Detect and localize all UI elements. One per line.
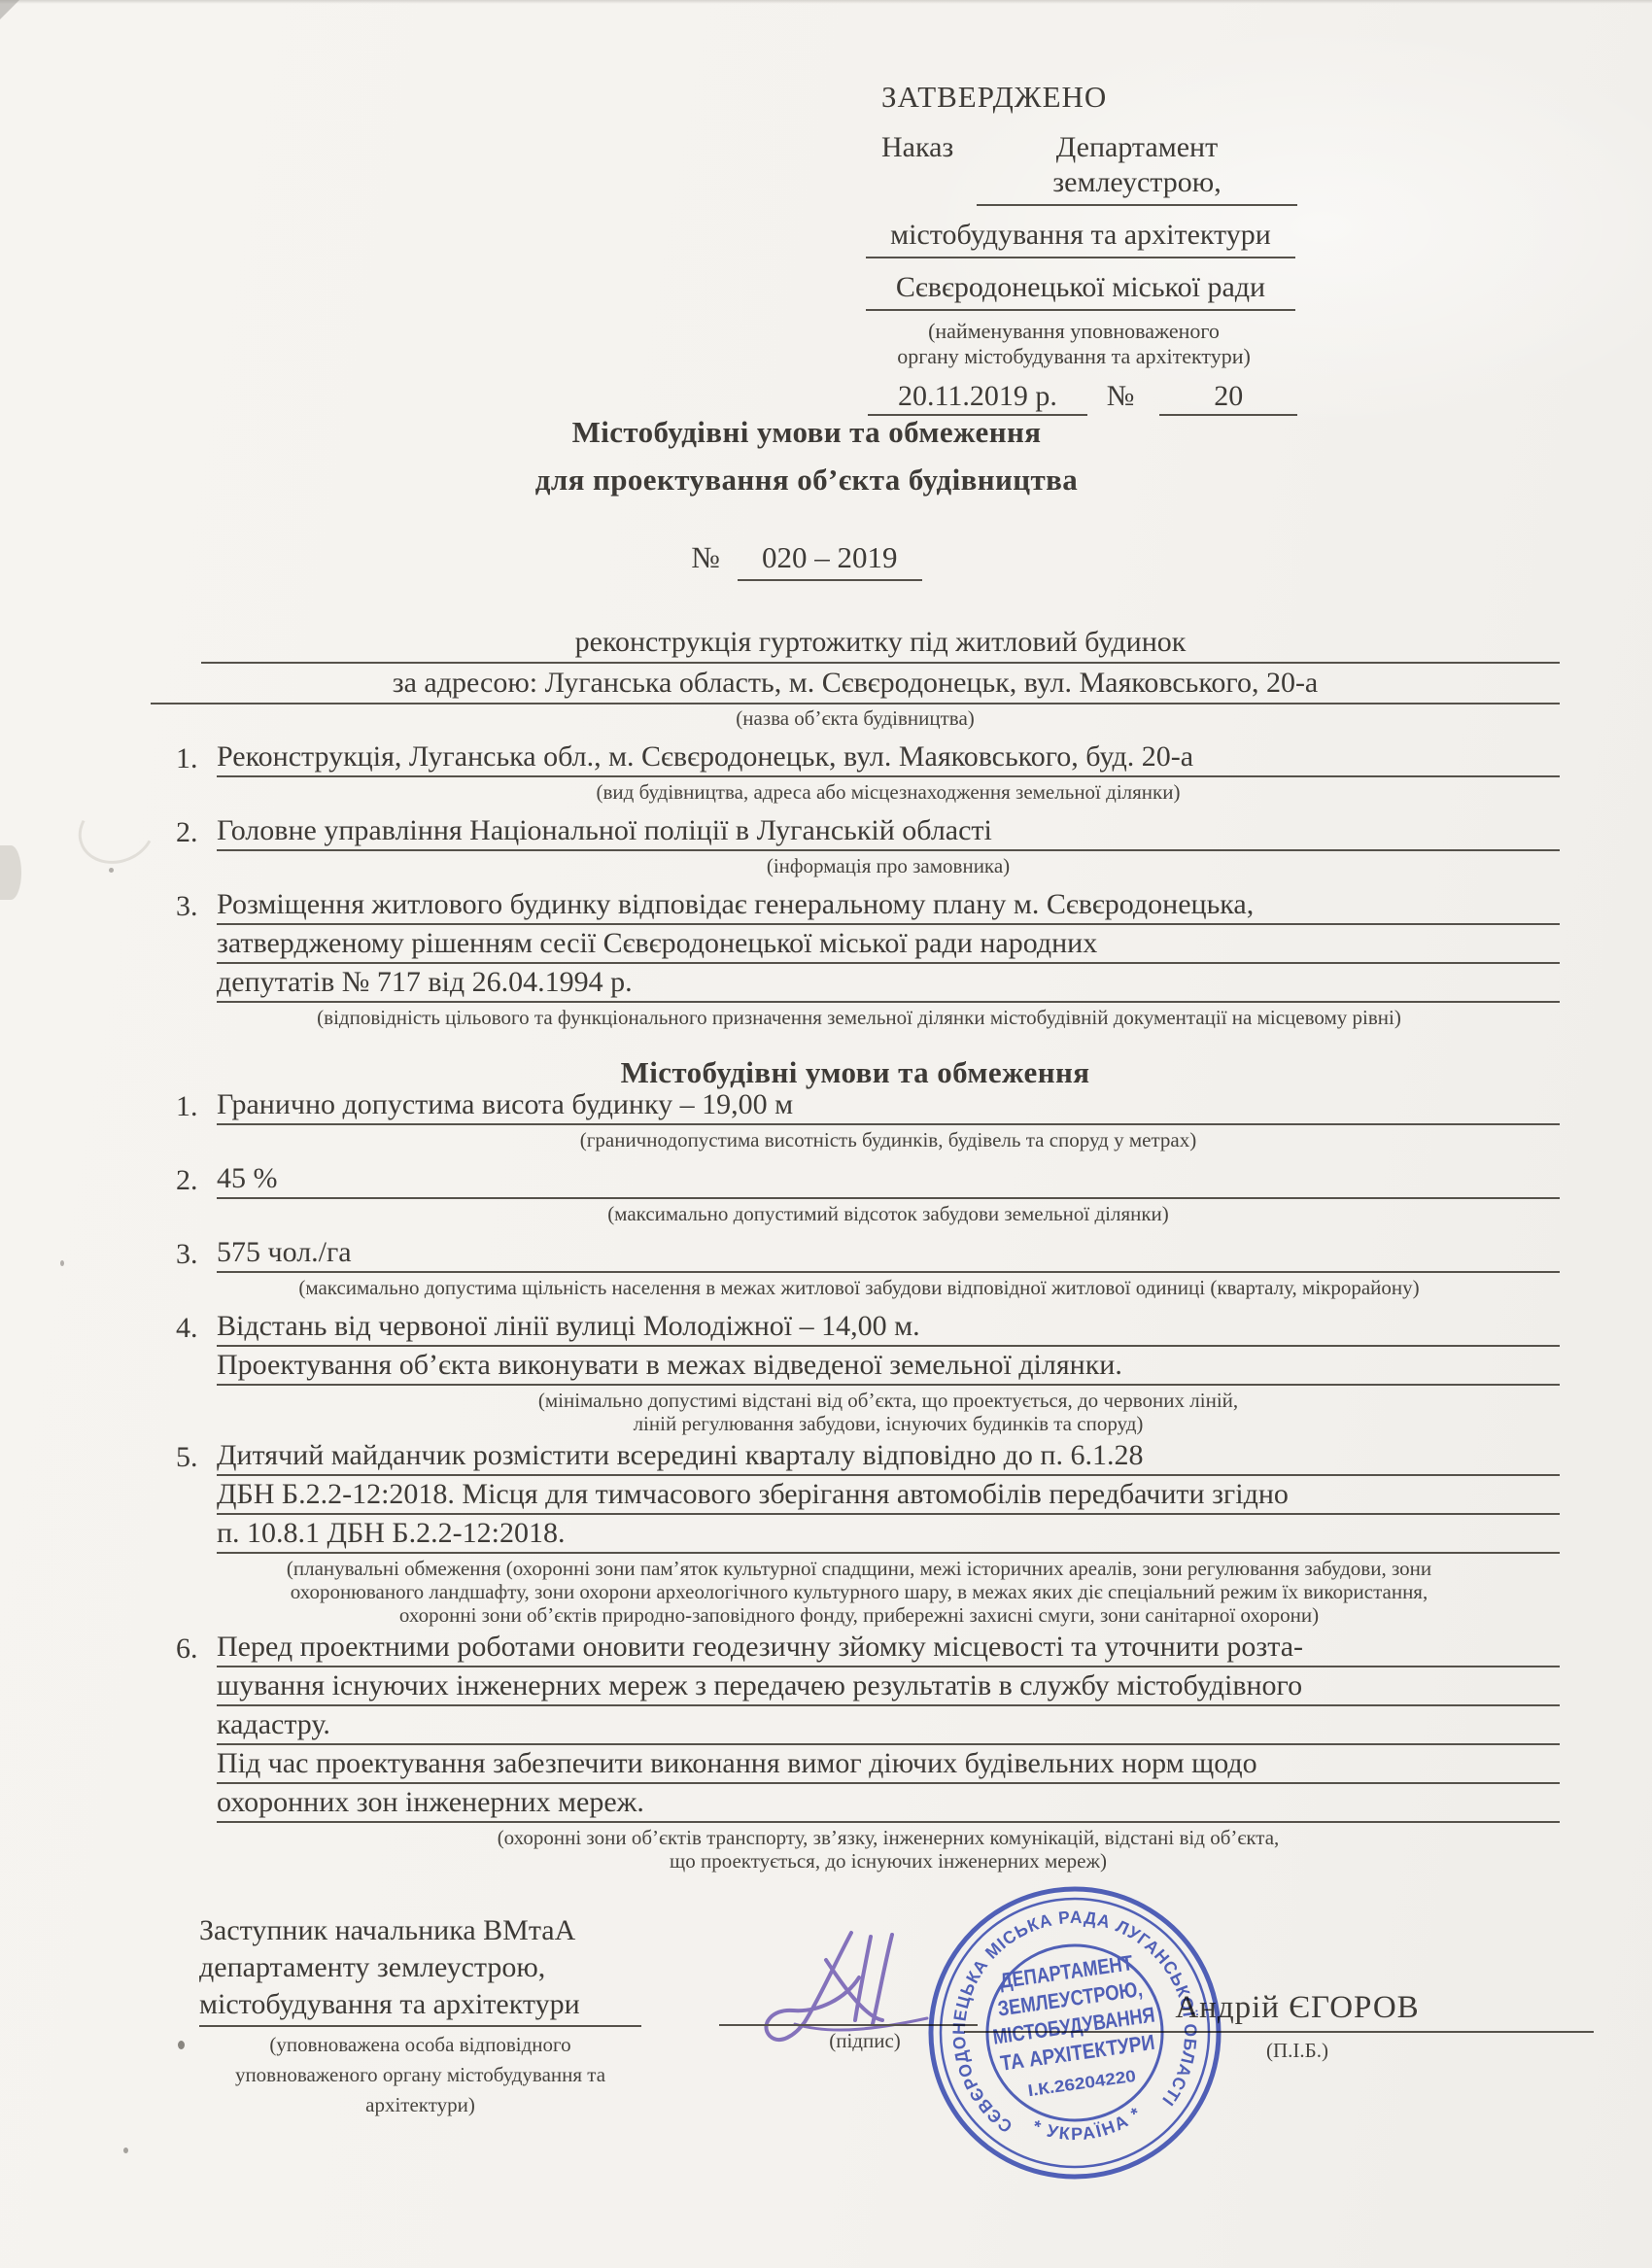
approval-authority-caption: органу містобудування та архітектури) [850, 344, 1297, 369]
conditions-list: 1. Гранично допустима висота будинку – 1… [151, 1086, 1560, 1881]
object-name-line-1: реконструкція гуртожитку під житловий бу… [201, 624, 1560, 664]
item-number: 3. [176, 1238, 198, 1271]
document-title-line-1: Містобудівні умови та обмеження [0, 408, 1613, 456]
scan-artifact [0, 0, 19, 19]
signer-position-caption: уповноваженого органу містобудування та [199, 2063, 641, 2087]
stamp-ring-text-bottom: * УКРАЇНА * [1027, 2101, 1148, 2150]
object-name-block: реконструкція гуртожитку під житловий бу… [151, 624, 1560, 730]
conditions-heading: Містобудівні умови та обмеження [151, 1055, 1560, 1090]
document-title-line-2: для проектування об’єкта будівництва [0, 456, 1613, 503]
list-item: 6. Перед проектними роботами оновити гео… [151, 1629, 1560, 1873]
form-caption: що проектується, до існуючих інженерних … [217, 1849, 1560, 1873]
order-label: Наказ [831, 130, 977, 206]
scan-artifact [60, 1260, 64, 1266]
scanned-document-page: ЗАТВЕРДЖЕНО Наказ Департамент землеустро… [0, 0, 1652, 2268]
scan-artifact [123, 2148, 128, 2153]
list-item: 2. Головне управління Національної поліц… [151, 812, 1560, 877]
object-name-line-2: за адресою: Луганська область, м. Сєвєро… [151, 664, 1560, 704]
signer-position-line-1: Заступник начальника ВМтаА [199, 1912, 714, 1949]
form-line: депутатів № 717 від 26.04.1994 р. [217, 964, 1560, 1003]
form-line: Перед проектними роботами оновити геодез… [217, 1629, 1560, 1667]
scan-artifact [0, 0, 1652, 4]
list-item: 2. 45 % (максимально допустимий відсоток… [151, 1160, 1560, 1225]
item-number: 5. [176, 1441, 198, 1474]
list-item: 3. 575 чол./га (максимально допустима щі… [151, 1234, 1560, 1299]
form-line: Під час проектування забезпечити виконан… [217, 1745, 1560, 1784]
signer-position-caption: (уповноважена особа відповідного [199, 2033, 641, 2057]
document-title: Містобудівні умови та обмеження для прое… [0, 408, 1613, 503]
official-stamp: СЄВЄРОДОНЕЦЬКА МІСЬКА РАДА ЛУГАНСЬКОЇ ОБ… [904, 1862, 1246, 2204]
item-number: 2. [176, 816, 198, 849]
signer-position-line-2: департаменту землеустрою, [199, 1949, 714, 1986]
form-line: п. 10.8.1 ДБН Б.2.2-12:2018. [217, 1515, 1560, 1554]
form-line: 45 % [217, 1160, 1560, 1199]
form-caption: (планувальні обмеження (охоронні зони па… [158, 1557, 1560, 1580]
form-caption: ліній регулювання забудови, існуючих буд… [217, 1412, 1560, 1435]
form-line: Відстань від червоної лінії вулиці Молод… [217, 1308, 1560, 1347]
form-line: Дитячий майданчик розмістити всередині к… [217, 1437, 1560, 1476]
document-number: №020 – 2019 [0, 540, 1613, 581]
item-number: 6. [176, 1632, 198, 1666]
signature-stroke [873, 1935, 892, 2024]
form-line: охоронних зон інженерних мереж. [217, 1784, 1560, 1823]
form-caption: охоронні зони об’єктів природно-заповідн… [158, 1603, 1560, 1627]
signer-position-block: Заступник начальника ВМтаА департаменту … [199, 1912, 714, 2117]
form-line: Реконструкція, Луганська обл., м. Сєвєро… [217, 739, 1560, 777]
form-line: Проектування об’єкта виконувати в межах … [217, 1347, 1560, 1386]
svg-text:* УКРАЇНА *: * УКРАЇНА * [1027, 2101, 1148, 2150]
form-line: 575 чол./га [217, 1234, 1560, 1273]
list-item: 4. Відстань від червоної лінії вулиці Мо… [151, 1308, 1560, 1435]
approval-authority-line-3: Сєвєродонецької міської ради [866, 270, 1295, 311]
form-caption: охоронюваного ландшафту, зони охорони ар… [158, 1580, 1560, 1603]
approval-block: ЗАТВЕРДЖЕНО Наказ Департамент землеустро… [831, 80, 1297, 416]
item-number: 4. [176, 1312, 198, 1345]
item-number: 2. [176, 1164, 198, 1197]
form-caption: (охоронні зони об’єктів транспорту, зв’я… [217, 1826, 1560, 1849]
form-line: кадастру. [217, 1706, 1560, 1745]
item-number: 3. [176, 890, 198, 923]
object-name-caption: (назва об’єкта будівництва) [151, 706, 1560, 730]
scan-artifact [178, 2041, 185, 2049]
form-line: затвердженому рішенням сесії Сєвєродонец… [217, 925, 1560, 964]
form-line: Гранично допустима висота будинку – 19,0… [217, 1086, 1560, 1125]
item-number: 1. [176, 742, 198, 775]
general-info-list: 1. Реконструкція, Луганська обл., м. Сєв… [151, 739, 1560, 1038]
form-line: Головне управління Національної поліції … [217, 812, 1560, 851]
form-line: ДБН Б.2.2-12:2018. Місця для тимчасового… [217, 1476, 1560, 1515]
approval-authority-line-1: Департамент землеустрою, [977, 130, 1297, 206]
list-item: 5. Дитячий майданчик розмістити всередин… [151, 1437, 1560, 1627]
signer-position-line-3: містобудування та архітектури [199, 1986, 641, 2027]
list-item: 1. Реконструкція, Луганська обл., м. Сєв… [151, 739, 1560, 804]
approval-authority-line-2: містобудування та архітектури [866, 218, 1295, 258]
form-caption: (вид будівництва, адреса або місцезнаход… [217, 780, 1560, 804]
list-item: 1. Гранично допустима висота будинку – 1… [151, 1086, 1560, 1151]
approved-label: ЗАТВЕРДЖЕНО [881, 80, 1297, 115]
form-caption: (мінімально допустимі відстані від об’єк… [217, 1389, 1560, 1412]
form-caption: (відповідність цільового та функціональн… [158, 1006, 1560, 1029]
scan-artifact [109, 868, 114, 873]
form-caption: (максимально допустима щільність населен… [158, 1276, 1560, 1299]
approval-authority-caption: (найменування уповноваженого [850, 319, 1297, 344]
form-line: Розміщення житлового будинку відповідає … [217, 886, 1560, 925]
document-number-sign: № [691, 540, 720, 574]
list-item: 3. Розміщення житлового будинку відповід… [151, 886, 1560, 1029]
item-number: 1. [176, 1090, 198, 1123]
form-caption: (максимально допустимий відсоток забудов… [217, 1202, 1560, 1225]
signer-position-caption: архітектури) [199, 2093, 641, 2117]
stamp-id-number: І.К.26204220 [1027, 2067, 1138, 2100]
scan-artifact [0, 845, 21, 900]
form-caption: (граничнодопустима висотність будинків, … [217, 1128, 1560, 1151]
document-number-value: 020 – 2019 [738, 540, 922, 581]
form-caption: (інформація про замовника) [217, 854, 1560, 877]
form-line: шування існуючих інженерних мереж з пере… [217, 1667, 1560, 1706]
